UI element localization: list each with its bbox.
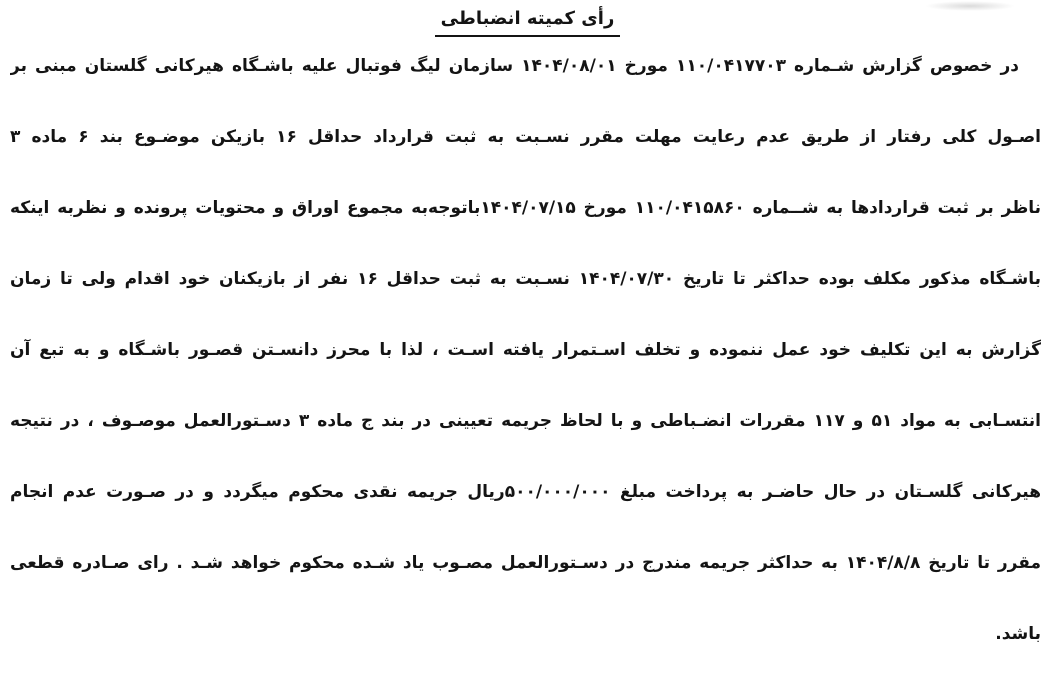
document-body: در خصوص گزارش شـماره ۱۱۰/۰۴۱۷۷۰۳ مورخ ۱۴… [0, 31, 1055, 670]
body-line-2: اصـول کلی رفتار از طریق عدم رعایت مهلت م… [10, 102, 1041, 173]
body-line-8: مقرر تا تاریخ ۱۴۰۴/۸/۸ به حداکثر جریمه م… [10, 528, 1041, 599]
body-line-6: انتسـابی به مواد ۵۱ و ۱۱۷ مقررات انضـباط… [10, 386, 1041, 457]
body-line-9: باشد. [10, 599, 1041, 670]
body-line-3: ناظر بر ثبت قراردادها به شــماره ۱۱۰/۰۴۱… [10, 173, 1041, 244]
body-line-1: در خصوص گزارش شـماره ۱۱۰/۰۴۱۷۷۰۳ مورخ ۱۴… [10, 31, 1041, 102]
body-line-7: هیرکانی گلسـتان در حال حاضـر به پرداخت م… [10, 457, 1041, 528]
body-line-5: گزارش به این تکلیف خود عمل ننموده و تخلف… [10, 315, 1041, 386]
document-page: رأی کمیته انضباطی در خصوص گزارش شـماره ۱… [0, 0, 1055, 673]
body-line-4: باشـگاه مذکور مکلف بوده حداکثر تا تاریخ … [10, 244, 1041, 315]
